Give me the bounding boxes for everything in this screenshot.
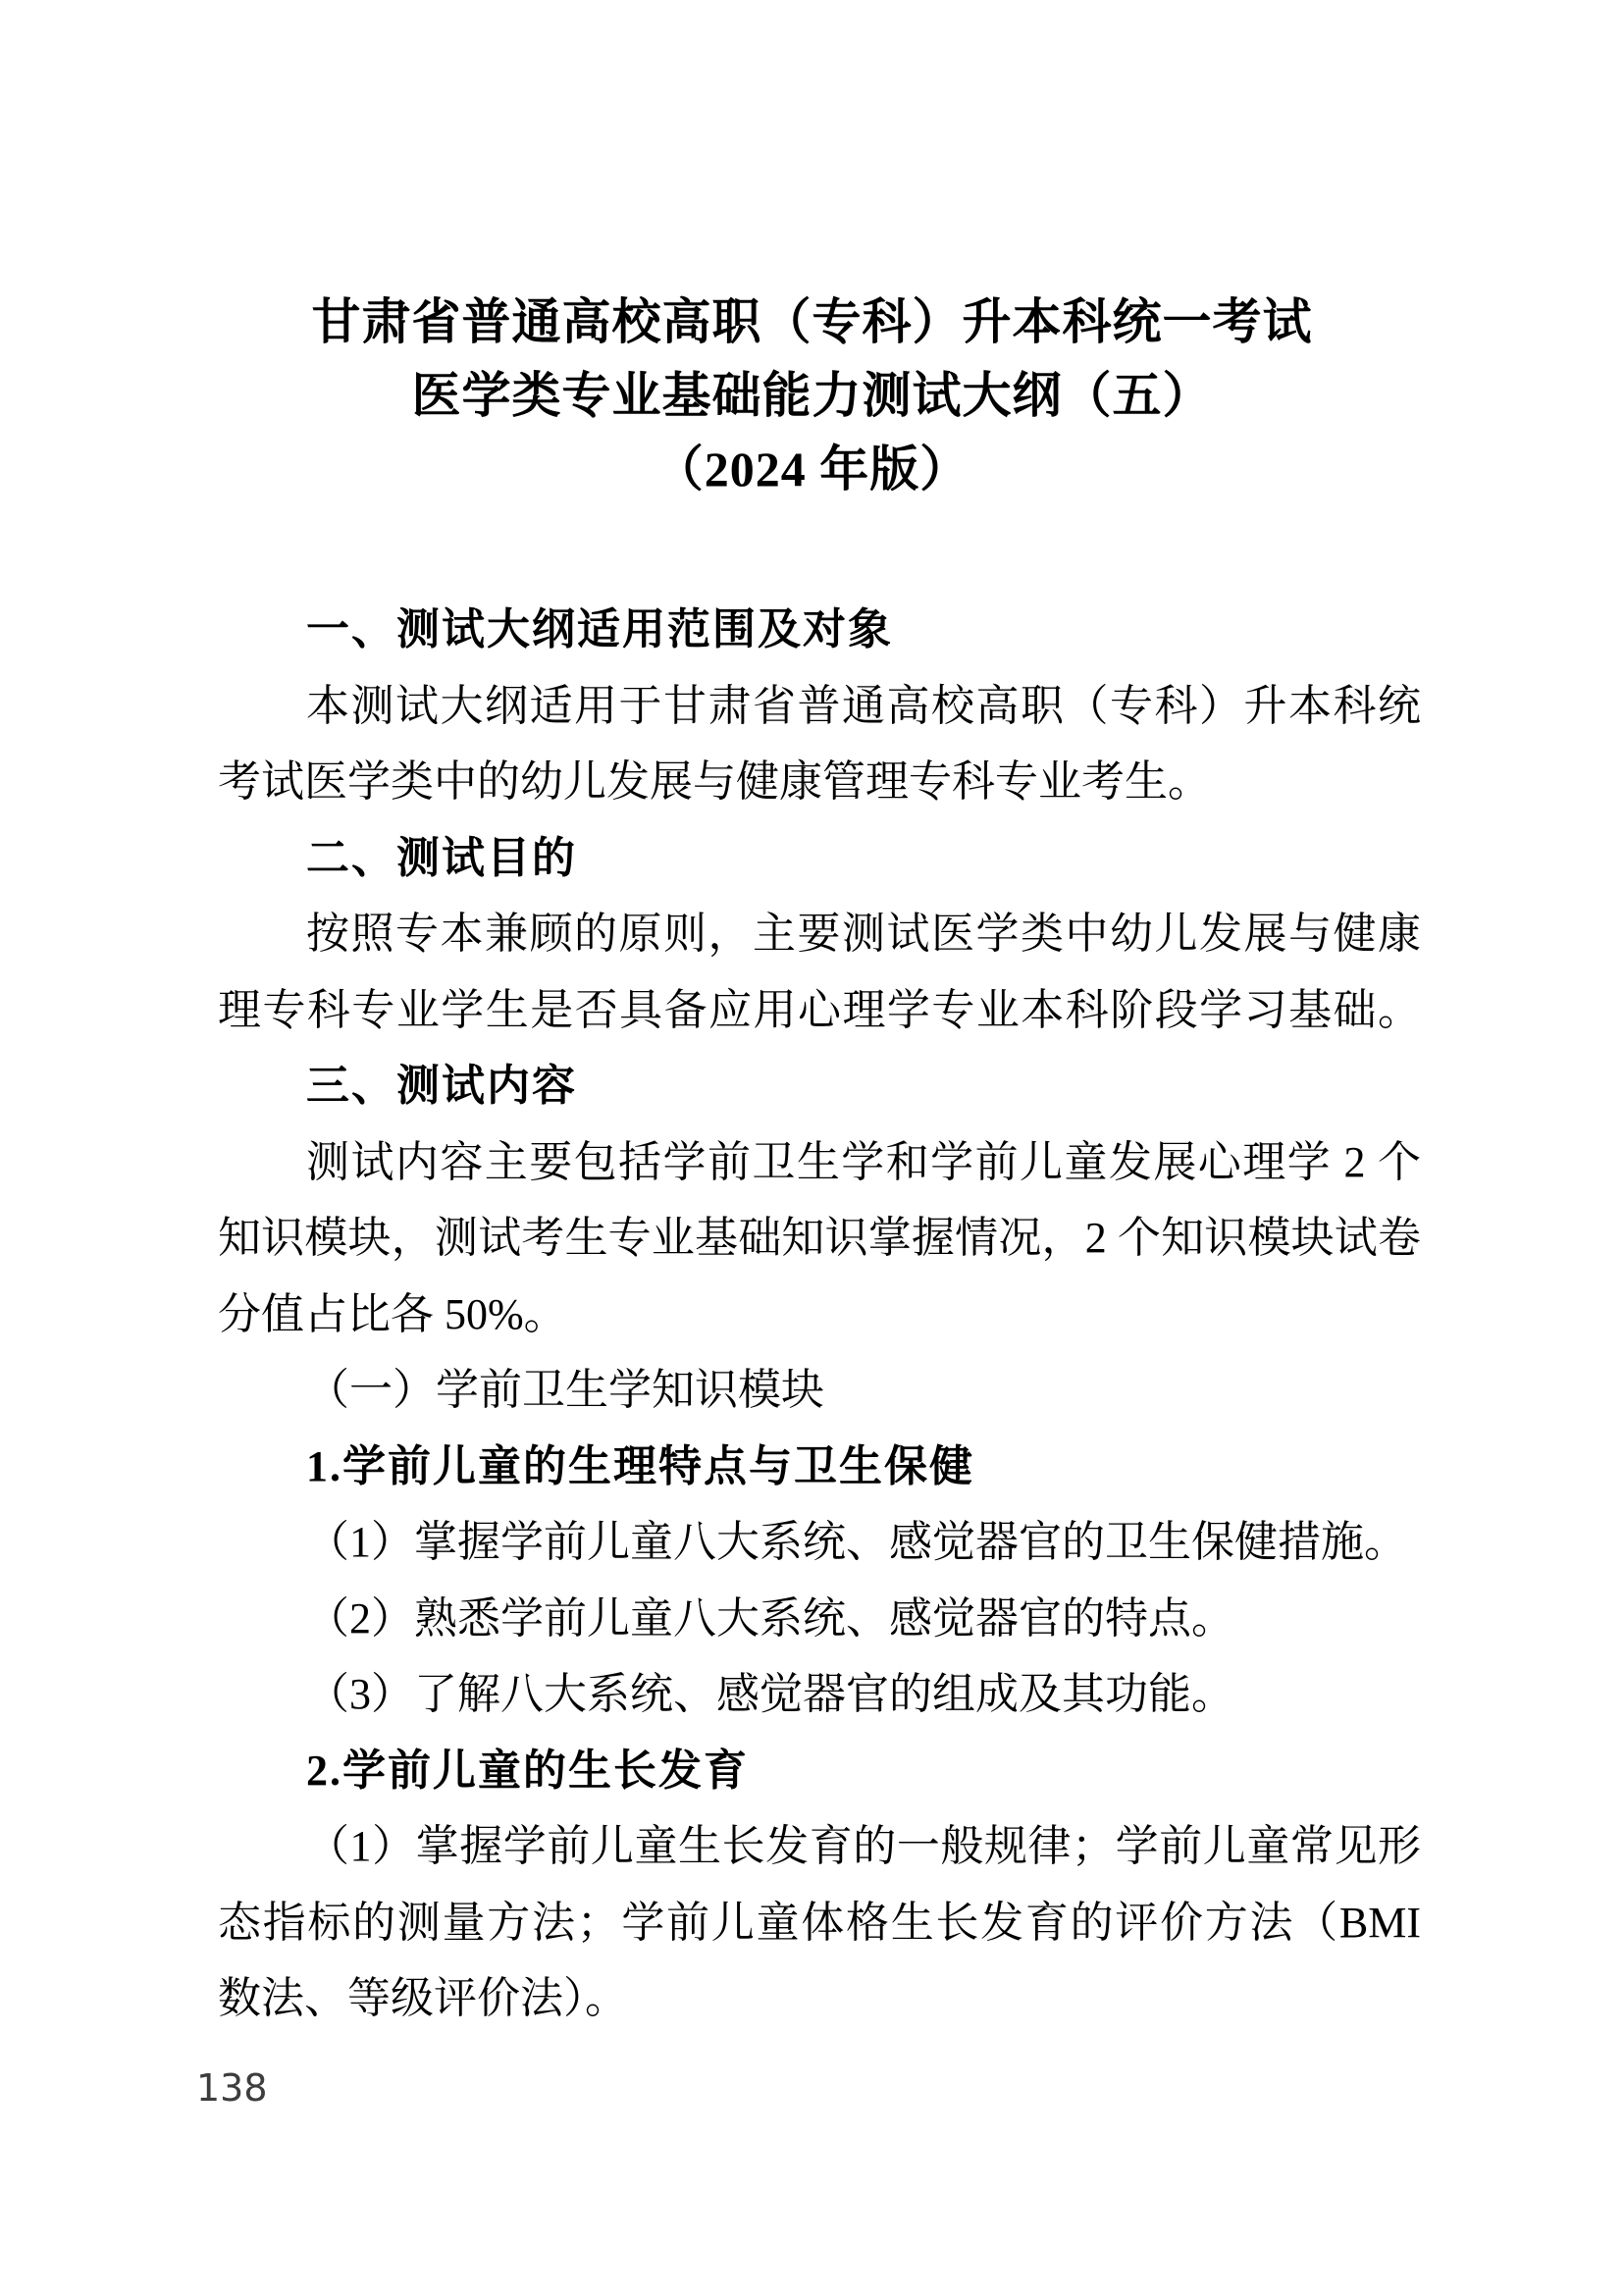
section-heading-1: 一、测试大纲适用范围及对象	[218, 592, 1421, 668]
paragraph-line: 理专科专业学生是否具备应用心理学专业本科阶段学习基础。	[218, 972, 1421, 1049]
list-item-1: （1）掌握学前儿童生长发育的一般规律；学前儿童常见形	[218, 1808, 1421, 1885]
paragraph-line: 测试内容主要包括学前卫生学和学前儿童发展心理学 2 个	[218, 1124, 1421, 1201]
paragraph-line: 本测试大纲适用于甘肃省普通高校高职（专科）升本科统一	[218, 668, 1421, 745]
paragraph-line: 按照专本兼顾的原则，主要测试医学类中幼儿发展与健康管	[218, 896, 1421, 972]
paragraph-line: 分值占比各 50%。	[218, 1277, 1421, 1353]
document-page: 甘肃省普通高校高职（专科）升本科统一考试 医学类专业基础能力测试大纲（五） （2…	[0, 0, 1624, 2295]
doc-title-line-1: 甘肃省普通高校高职（专科）升本科统一考试	[0, 286, 1624, 359]
subsection-heading-1: （一）学前卫生学知识模块	[218, 1352, 1421, 1429]
document-title: 甘肃省普通高校高职（专科）升本科统一考试 医学类专业基础能力测试大纲（五） （2…	[0, 286, 1624, 506]
paragraph-line: 态指标的测量方法；学前儿童体格生长发育的评价方法（BMI 指	[218, 1885, 1421, 1961]
numbered-heading-2: 2.学前儿童的生长发育	[218, 1733, 1421, 1809]
list-item-1: （1）掌握学前儿童八大系统、感觉器官的卫生保健措施。	[218, 1504, 1421, 1581]
document-body: 一、测试大纲适用范围及对象 本测试大纲适用于甘肃省普通高校高职（专科）升本科统一…	[218, 592, 1421, 2037]
doc-title-line-3: （2024 年版）	[0, 433, 1624, 506]
section-heading-2: 二、测试目的	[218, 820, 1421, 897]
list-item-2: （2）熟悉学前儿童八大系统、感觉器官的特点。	[218, 1581, 1421, 1657]
paragraph-line: 知识模块，测试考生专业基础知识掌握情况，2 个知识模块试卷	[218, 1200, 1421, 1277]
paragraph-line: 考试医学类中的幼儿发展与健康管理专科专业考生。	[218, 744, 1421, 820]
list-item-3: （3）了解八大系统、感觉器官的组成及其功能。	[218, 1656, 1421, 1733]
page-number: 138	[196, 2059, 268, 2117]
section-heading-3: 三、测试内容	[218, 1048, 1421, 1124]
doc-title-line-2: 医学类专业基础能力测试大纲（五）	[0, 359, 1624, 433]
numbered-heading-1: 1.学前儿童的生理特点与卫生保健	[218, 1429, 1421, 1505]
paragraph-line: 数法、等级评价法）。	[218, 1960, 1421, 2037]
